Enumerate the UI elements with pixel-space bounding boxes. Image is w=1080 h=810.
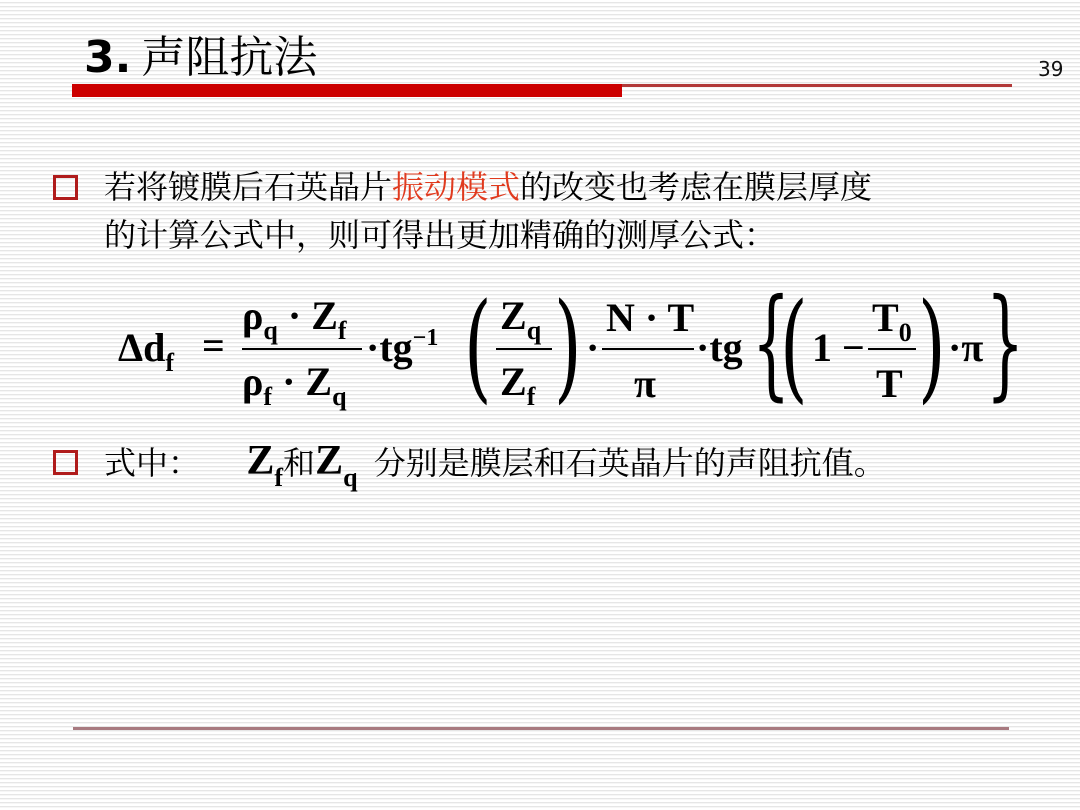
sub: q bbox=[527, 316, 541, 345]
prefix-text: 式中： bbox=[104, 444, 200, 482]
left-paren: ( bbox=[780, 282, 808, 410]
lhs-subscript: f bbox=[165, 348, 174, 377]
bullet-2-line: 式中： Zf和Zq 分别是膜层和石英晶片的声阻抗值。 bbox=[104, 438, 886, 489]
frac3-numerator: N · T bbox=[606, 294, 694, 342]
footer-divider bbox=[73, 727, 1009, 730]
highlight-vibration-mode: 振动模式 bbox=[392, 168, 520, 206]
title-underline-thick bbox=[72, 84, 622, 97]
sub: f bbox=[263, 382, 272, 411]
sub: q bbox=[332, 382, 346, 411]
frac4-numerator: T0 bbox=[872, 294, 912, 347]
right-paren: ) bbox=[554, 282, 582, 410]
frac2-numerator: Zq bbox=[500, 292, 541, 345]
frac3-denominator: π bbox=[634, 360, 656, 408]
tan-term: ·tg bbox=[696, 324, 743, 372]
multiply-dot: · bbox=[696, 325, 709, 370]
title-text: 声阻抗法 bbox=[141, 32, 317, 83]
hollow-square-bullet-icon bbox=[53, 175, 78, 200]
multiply-dot: · bbox=[586, 324, 599, 372]
bullet-1-line-2: 的计算公式中，则可得出更加精确的测厚公式： bbox=[104, 212, 776, 258]
page-number: 39 bbox=[1038, 56, 1063, 82]
t: T bbox=[872, 295, 899, 340]
tg: tg bbox=[709, 325, 742, 370]
suffix-text: 分别是膜层和石英晶片的声阻抗值。 bbox=[374, 444, 886, 482]
dot-z: · Z bbox=[278, 293, 338, 338]
multiply-dot: · bbox=[366, 325, 379, 370]
fraction-bar bbox=[496, 348, 552, 350]
right-paren: ) bbox=[918, 282, 946, 410]
sub-f: f bbox=[274, 463, 283, 492]
conjunction: 和 bbox=[283, 444, 315, 482]
bullet-1-line-1: 若将镀膜后石英晶片振动模式的改变也考虑在膜层厚度 bbox=[104, 164, 872, 210]
fraction-bar bbox=[602, 348, 694, 350]
inline-math-zq: Zq bbox=[315, 438, 357, 484]
frac1-numerator: ρq · Zf bbox=[242, 292, 347, 345]
frac4-denominator: T bbox=[876, 360, 903, 408]
fraction-bar bbox=[868, 348, 916, 350]
tg: tg bbox=[379, 325, 412, 370]
sub: 0 bbox=[899, 318, 912, 347]
hollow-square-bullet-icon bbox=[53, 450, 78, 475]
bullet-1-text: 若将镀膜后石英晶片 bbox=[104, 168, 392, 206]
title-underline-thin bbox=[622, 84, 1012, 87]
left-paren: ( bbox=[464, 282, 492, 410]
pi-term: ·π bbox=[948, 324, 983, 372]
formula-lhs: Δdf bbox=[118, 324, 174, 377]
frac2-denominator: Zf bbox=[500, 358, 535, 411]
sub: f bbox=[527, 382, 536, 411]
frac1-denominator: ρf · Zq bbox=[242, 358, 347, 411]
rho: ρ bbox=[242, 293, 263, 338]
multiply-dot: · bbox=[948, 325, 961, 370]
delta-d: Δd bbox=[118, 325, 165, 370]
pi: π bbox=[961, 325, 983, 370]
dot-z: · Z bbox=[272, 359, 332, 404]
z: Z bbox=[500, 293, 527, 338]
arctan-term: ·tg−1 bbox=[366, 324, 438, 378]
title-number: 3. bbox=[84, 32, 131, 83]
thickness-formula: Δdf = ρq · Zf ρf · Zq ·tg−1 ( Zq Zf ) · … bbox=[116, 288, 1016, 416]
inverse-superscript: −1 bbox=[413, 325, 439, 351]
one-minus: 1 − bbox=[812, 324, 865, 372]
bullet-1-text-after: 的改变也考虑在膜层厚度 bbox=[520, 168, 872, 206]
slide-title: 3.声阻抗法 bbox=[84, 30, 317, 86]
sub: q bbox=[263, 316, 277, 345]
inline-math-zf-zq: Zf bbox=[246, 438, 283, 484]
sub-q: q bbox=[343, 463, 357, 492]
fraction-bar bbox=[242, 348, 362, 350]
rho: ρ bbox=[242, 359, 263, 404]
equals-sign: = bbox=[202, 322, 225, 370]
z: Z bbox=[246, 438, 274, 484]
sub: f bbox=[338, 316, 347, 345]
z: Z bbox=[315, 438, 343, 484]
z: Z bbox=[500, 359, 527, 404]
right-brace: } bbox=[986, 280, 1024, 408]
